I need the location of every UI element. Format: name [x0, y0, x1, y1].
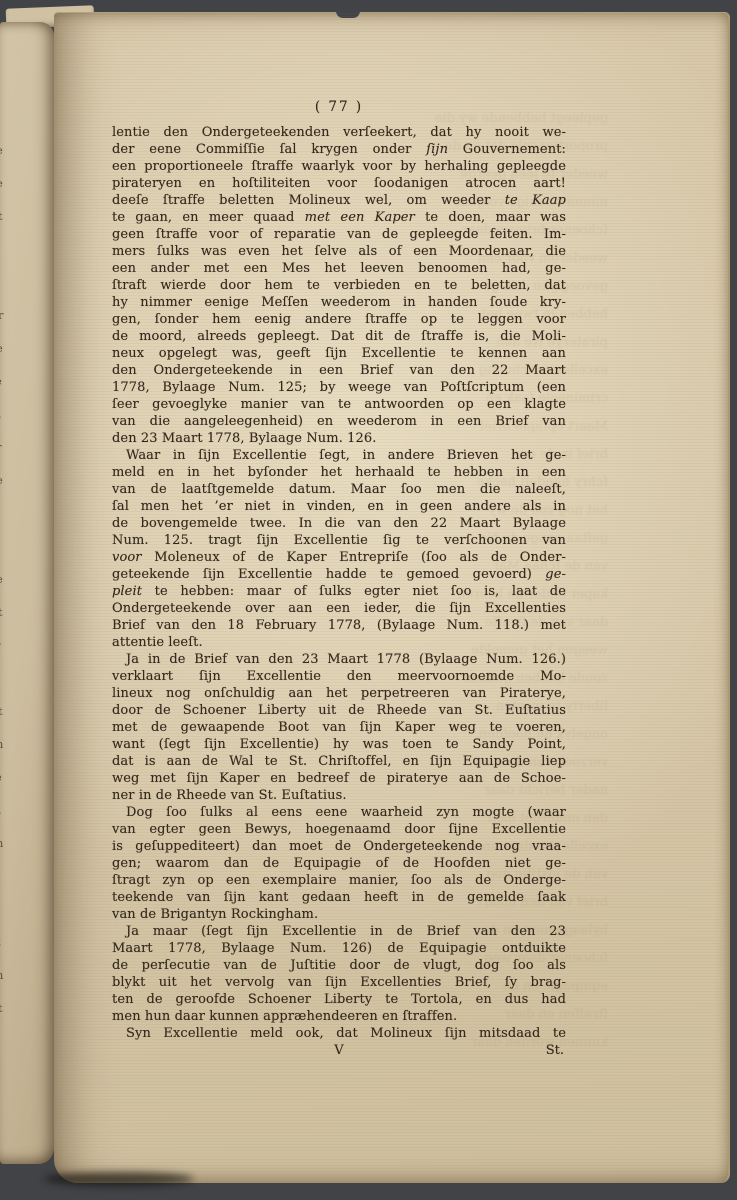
text-line: Dog ſoo ſulks al eens eene waarheid zyn … [112, 804, 566, 821]
text-line: van de Brigantyn Rockingham. [112, 906, 566, 923]
text-line: de perſecutie van de Juſtitie door de vl… [112, 957, 566, 974]
text-line: geteekende ſijn Excellentie hadde te gem… [112, 566, 566, 583]
facing-page-glyph: r [0, 629, 9, 662]
text-line: weg met ſijn Kaper en bedreef de pirater… [112, 770, 566, 787]
facing-page-glyph: e [0, 761, 9, 794]
facing-page-glyph: r [0, 431, 9, 464]
text-line: ten de geroofde Schoener Liberty te Tort… [112, 991, 566, 1008]
facing-page-glyph: e [0, 167, 9, 200]
text-line: Syn Excellentie meld ook, dat Molineux ſ… [112, 1025, 566, 1042]
facing-page-glyph: - [0, 266, 9, 299]
facing-page-glyph: n [0, 728, 9, 761]
text-line: een ander met een Mes het leeven benoome… [112, 260, 566, 277]
facing-page-glyph: t [0, 497, 9, 530]
text-line: mers ſulks was even het ſelve als of een… [112, 243, 566, 260]
page-edge-notch [336, 11, 360, 18]
text-line: Waar in ſijn Excellentie ſegt, in andere… [112, 447, 566, 464]
facing-page-glyph: , [0, 794, 9, 827]
facing-page-glyph: r [0, 299, 9, 332]
book-scan: eet,-ree,ret-etr,tne,n,,tntt gepleegt he… [0, 0, 737, 1200]
text-line: Num. 125. tragt ſijn Excellentie ſig te … [112, 532, 566, 549]
text-line: met de gewaapende Boot van ſijn Kaper we… [112, 719, 566, 736]
text-line: van egter geen Bewys, hoegenaamd door ſi… [112, 821, 566, 838]
page-number: ( 77 ) [112, 99, 566, 115]
text-line: door de Schoener Liberty uit de Rheede v… [112, 702, 566, 719]
text-line: geen ſtraffe voor of reparatie van de ge… [112, 226, 566, 243]
facing-page-glyph: n [0, 959, 9, 992]
facing-page-glyph: e [0, 365, 9, 398]
facing-page-glyph: t [0, 992, 9, 1025]
facing-page-glyph: t [0, 596, 9, 629]
text-line: men hun daar kunnen appræhendeeren en ſt… [112, 1008, 566, 1025]
facing-page-glyph: , [0, 233, 9, 266]
facing-page-text-fragments: eet,-ree,ret-etr,tne,n,,tntt [0, 134, 9, 1058]
text-line: de moord, alreeds gepleegt. Dat dit de ſ… [112, 328, 566, 345]
facing-page-glyph: t [0, 1025, 9, 1058]
catchword: St. [546, 1042, 564, 1059]
text-line: 1778, Bylaage Num. 125; by weege van Poſ… [112, 379, 566, 396]
text-line: gen, ſonder hem eenig andere ſtraffe op … [112, 311, 566, 328]
text-line: ſtraft wierde door hem te verbieden en t… [112, 277, 566, 294]
text-line: van de laatſtgemelde datum. Maar ſoo men… [112, 481, 566, 498]
facing-page-glyph: , [0, 662, 9, 695]
text-line: teekende van ſijn kant gedaan heeft in d… [112, 889, 566, 906]
text-line: verklaart ſijn Excellentie den meervoorn… [112, 668, 566, 685]
text-line: gen; waarom dan de Equipagie of de Hoofd… [112, 855, 566, 872]
text-line: den Ondergeteekende in een Brief van den… [112, 362, 566, 379]
page-curl-shadow [44, 1172, 194, 1186]
text-line: Ondergeteekende over aan een ieder, die … [112, 600, 566, 617]
signature-mark: V [112, 1042, 566, 1059]
text-line: ſeer gevoeglyke manier van te antwoorden… [112, 396, 566, 413]
text-line: pirateryen en hoſtiliteiten voor ſoodani… [112, 175, 566, 192]
text-line: pleit te hebben: maar of ſulks egter nie… [112, 583, 566, 600]
text-line: voor Moleneux of de Kaper Entrepriſe (ſo… [112, 549, 566, 566]
text-line: want (ſegt ſijn Excellentie) hy was toen… [112, 736, 566, 753]
facing-page-edge: eet,-ree,ret-etr,tne,n,,tntt [0, 22, 54, 1164]
text-line: de bovengemelde twee. In die van den 22 … [112, 515, 566, 532]
text-line: Ja maar (ſegt ſijn Excellentie in de Bri… [112, 923, 566, 940]
facing-page-glyph: , [0, 398, 9, 431]
text-line: der eene Commiſſie ſal krygen onder ſijn… [112, 141, 566, 158]
printed-text-layer: ( 77 ) lentie den Ondergeteekenden verſe… [112, 99, 566, 1059]
text-line: deeſe ſtraffe beletten Molineux wel, om … [112, 192, 566, 209]
text-line: ſal men het ’er niet in vinden, en in ge… [112, 498, 566, 515]
text-line: een proportioneele ſtraffe waarlyk voor … [112, 158, 566, 175]
facing-page-glyph: e [0, 563, 9, 596]
facing-page-glyph: n [0, 827, 9, 860]
facing-page-glyph: e [0, 332, 9, 365]
facing-page-glyph: e [0, 464, 9, 497]
signature-line: V St. [112, 1042, 566, 1059]
text-line: attentie leeſt. [112, 634, 566, 651]
facing-page-glyph: t [0, 926, 9, 959]
text-line: den 23 Maart 1778, Bylaage Num. 126. [112, 430, 566, 447]
facing-page-glyph: , [0, 893, 9, 926]
text-line: blykt uit het vervolg van ſijn Excellent… [112, 974, 566, 991]
text-line: hy nimmer eenige Meſſen weederom in hand… [112, 294, 566, 311]
text-line: dat is aan de Wal te St. Chriſtoffel, en… [112, 753, 566, 770]
text-line: ner in de Rheede van St. Euſtatius. [112, 787, 566, 804]
text-line: Ja in de Brief van den 23 Maart 1778 (By… [112, 651, 566, 668]
facing-page-glyph: t [0, 695, 9, 728]
facing-page-glyph: , [0, 860, 9, 893]
text-line: meld en in het byſonder het herhaald te … [112, 464, 566, 481]
text-line: Brief van den 18 February 1778, (Bylaage… [112, 617, 566, 634]
facing-page-glyph: e [0, 134, 9, 167]
text-line: is geſuppediteert) dan moet de Ondergete… [112, 838, 566, 855]
facing-page-glyph: - [0, 530, 9, 563]
book-page: gepleegt hebbende wy die proportioneele … [54, 12, 730, 1183]
text-line: lentie den Ondergeteekenden verſeekert, … [112, 124, 566, 141]
facing-page-glyph: t [0, 200, 9, 233]
text-line: Maart 1778, Bylaage Num. 126) de Equipag… [112, 940, 566, 957]
text-line: van die aangeleegenheid) en weederom in … [112, 413, 566, 430]
text-line: lineux nog onſchuldig aan het perpetreer… [112, 685, 566, 702]
text-line: ſtragt zyn op een exemplaire manier, ſoo… [112, 872, 566, 889]
text-line: te gaan, en meer quaad met een Kaper te … [112, 209, 566, 226]
text-line: neux opgelegt was, geeft ſijn Excellenti… [112, 345, 566, 362]
body-text: lentie den Ondergeteekenden verſeekert, … [112, 124, 566, 1042]
